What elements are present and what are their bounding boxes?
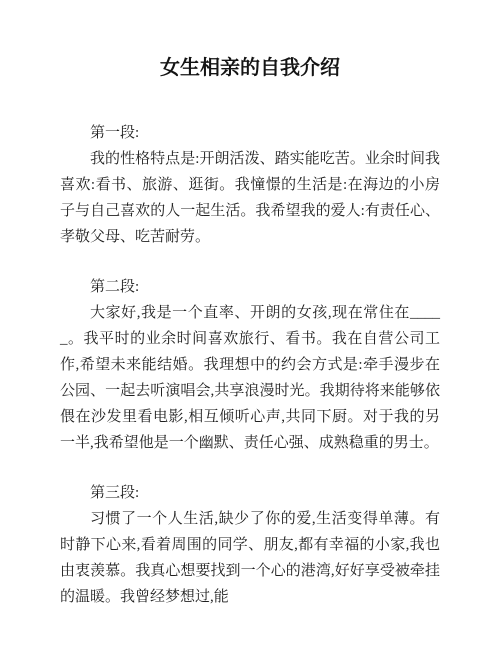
section-2-body: 大家好,我是一个直率、开朗的女孩,现在常住在_____。我平时的业余时间喜欢旅行…: [60, 300, 440, 456]
section-3-body: 习惯了一个人生活,缺少了你的爱,生活变得单薄。有时静下心来,看着周围的同学、朋友…: [60, 506, 440, 610]
section-1-heading: 第一段:: [60, 120, 440, 146]
section-1-body: 我的性格特点是:开朗活泼、踏实能吃苦。业余时间我喜欢:看书、旅游、逛街。我憧憬的…: [60, 146, 440, 250]
section-3-heading: 第三段:: [60, 480, 440, 506]
section-3: 第三段: 习惯了一个人生活,缺少了你的爱,生活变得单薄。有时静下心来,看着周围的…: [60, 480, 440, 610]
section-2-heading: 第二段:: [60, 274, 440, 300]
section-2: 第二段: 大家好,我是一个直率、开朗的女孩,现在常住在_____。我平时的业余时…: [60, 274, 440, 456]
section-1: 第一段: 我的性格特点是:开朗活泼、踏实能吃苦。业余时间我喜欢:看书、旅游、逛街…: [60, 120, 440, 250]
document-page: 女生相亲的自我介绍 第一段: 我的性格特点是:开朗活泼、踏实能吃苦。业余时间我喜…: [0, 0, 500, 647]
document-title: 女生相亲的自我介绍: [60, 54, 440, 82]
